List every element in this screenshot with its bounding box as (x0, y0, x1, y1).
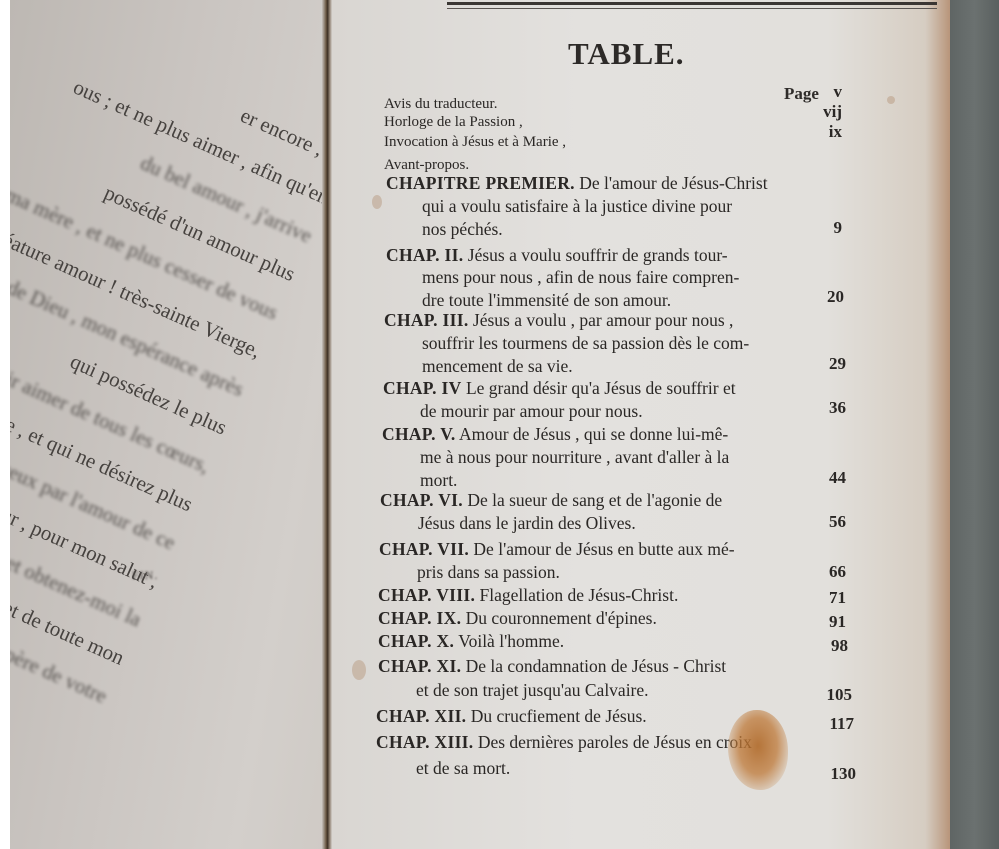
toc-entry-cont: me à nous pour nourriture , avant d'alle… (420, 447, 729, 468)
table-backdrop (950, 0, 999, 849)
toc-page-number: 71 (806, 588, 846, 608)
toc-entry: CHAPITRE PREMIER. De l'amour de Jésus-Ch… (386, 173, 768, 194)
toc-entry: Invocation à Jésus et à Marie , (384, 134, 566, 151)
toc-entry-cont: souffrir les tourmens de sa passion dès … (422, 333, 749, 354)
toc-page-number: 98 (808, 636, 848, 656)
water-stain (728, 710, 788, 790)
toc-page-number: 20 (804, 287, 844, 307)
toc-entry: Horloge de la Passion , (384, 114, 523, 131)
toc-entry-cont: qui a voulu satisfaire à la justice divi… (422, 196, 732, 217)
toc-page-number: vij (802, 102, 842, 122)
left-page: er encore , de ous ; et ne plus aimer , … (10, 0, 328, 849)
left-page-text: er encore , de ous ; et ne plus aimer , … (10, 0, 328, 716)
toc-page-number: 44 (806, 468, 846, 488)
book-photo: er encore , de ous ; et ne plus aimer , … (0, 0, 999, 849)
toc-entry: CHAP. V. Amour de Jésus , qui se donne l… (382, 424, 728, 445)
toc-entry: Avant-propos. (384, 157, 469, 174)
toc-entry-cont: et de son trajet jusqu'au Calvaire. (416, 680, 649, 701)
toc-entry-cont: de mourir par amour pour nous. (420, 401, 643, 422)
toc-entry-cont: et de sa mort. (416, 758, 510, 779)
toc-page-number: 117 (814, 714, 854, 734)
fin-mark: FIN. (132, 568, 158, 583)
toc-page-number: v (802, 82, 842, 102)
right-page: TABLE. Page Avis du traducteur. v Horlog… (332, 0, 950, 849)
toc-entry: CHAP. IV Le grand désir qu'a Jésus de so… (383, 378, 736, 399)
toc-entry-cont: pris dans sa passion. (417, 562, 560, 583)
toc-page-number: 29 (806, 354, 846, 374)
toc-entry-cont: mens pour nous , afin de nous faire comp… (422, 267, 739, 288)
toc-page-number: 130 (816, 764, 856, 784)
toc-entry: CHAP. VI. De la sueur de sang et de l'ag… (380, 490, 722, 511)
toc-entry: CHAP. VII. De l'amour de Jésus en butte … (379, 539, 735, 560)
toc-page-number: ix (802, 122, 842, 142)
toc-page-number: 105 (812, 685, 852, 705)
toc-entry: CHAP. XIII. Des dernières paroles de Jés… (376, 732, 752, 753)
toc-entry-cont: mort. (420, 470, 457, 491)
toc-entry: CHAP. VIII. Flagellation de Jésus-Christ… (378, 585, 678, 606)
toc-page-number: 66 (806, 562, 846, 582)
toc-entry: CHAP. XII. Du crucfiement de Jésus. (376, 706, 647, 727)
toc-entry-cont: mencement de sa vie. (422, 356, 573, 377)
toc-entry: Avis du traducteur. (384, 96, 497, 113)
toc-page-number: 91 (806, 612, 846, 632)
toc-page-number: 36 (806, 398, 846, 418)
toc-entry-cont: nos péchés. (422, 219, 503, 240)
toc-entry-cont: dre toute l'immensité de son amour. (422, 290, 671, 311)
toc-entry: CHAP. IX. Du couronnement d'épines. (378, 608, 657, 629)
toc-page-number: 56 (806, 512, 846, 532)
toc-entry: CHAP. X. Voilà l'homme. (378, 631, 564, 652)
toc-entry-cont: Jésus dans le jardin des Olives. (418, 513, 636, 534)
toc-entry: CHAP. III. Jésus a voulu , par amour pou… (384, 310, 733, 331)
toc-entry: CHAP. II. Jésus a voulu souffrir de gran… (386, 245, 728, 266)
toc-page-number: 9 (802, 218, 842, 238)
book-gutter (322, 0, 332, 849)
toc-entry: CHAP. XI. De la condamnation de Jésus - … (378, 656, 726, 677)
table-of-contents: Avis du traducteur. v Horloge de la Pass… (332, 0, 950, 849)
